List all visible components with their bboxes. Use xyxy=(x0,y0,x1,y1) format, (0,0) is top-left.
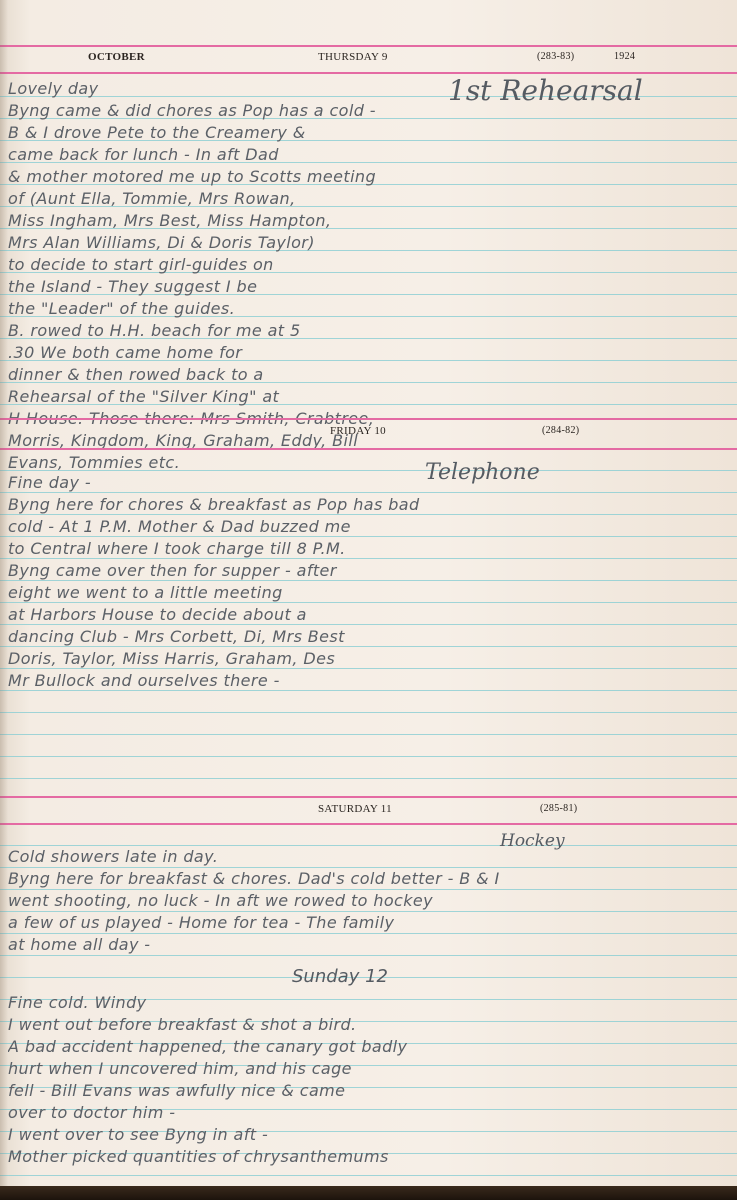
header-rule xyxy=(0,796,737,798)
day-count: (285-81) xyxy=(540,803,577,814)
handwritten-line: cold - At 1 P.M. Mother & Dad buzzed me xyxy=(8,516,727,538)
ruled-line xyxy=(0,712,737,713)
ruled-line xyxy=(0,1175,737,1176)
handwritten-line: I went out before breakfast & shot a bir… xyxy=(8,1014,727,1036)
book-edge xyxy=(0,1186,737,1200)
header-rule xyxy=(0,448,737,450)
handwritten-line: Evans, Tommies etc. xyxy=(8,452,727,474)
handwritten-line: B & I drove Pete to the Creamery & xyxy=(8,122,727,144)
handwritten-line: Byng here for breakfast & chores. Dad's … xyxy=(8,868,727,890)
diary-page: OCTOBER THURSDAY 9 (283-83) 1924 1st Reh… xyxy=(0,0,737,1186)
handwritten-line: over to doctor him - xyxy=(8,1102,727,1124)
handwritten-line: at Harbors House to decide about a xyxy=(8,604,727,626)
handwritten-line: went shooting, no luck - In aft we rowed… xyxy=(8,890,727,912)
handwritten-line: Fine day - xyxy=(8,472,727,494)
handwritten-line: Miss Ingham, Mrs Best, Miss Hampton, xyxy=(8,210,727,232)
handwritten-line: Mother picked quantities of chrysanthemu… xyxy=(8,1146,727,1168)
year-label: 1924 xyxy=(614,51,635,62)
handwritten-line: to Central where I took charge till 8 P.… xyxy=(8,538,727,560)
ruled-line xyxy=(0,778,737,779)
handwritten-line: & mother motored me up to Scotts meeting xyxy=(8,166,727,188)
handwritten-line: of (Aunt Ella, Tommie, Mrs Rowan, xyxy=(8,188,727,210)
handwritten-line: I went over to see Byng in aft - xyxy=(8,1124,727,1146)
handwritten-line: Byng here for chores & breakfast as Pop … xyxy=(8,494,727,516)
handwritten-line: to decide to start girl-guides on xyxy=(8,254,727,276)
handwritten-line: Byng came & did chores as Pop has a cold… xyxy=(8,100,727,122)
handwritten-line: Fine cold. Windy xyxy=(8,992,727,1014)
header-rule xyxy=(0,418,737,420)
handwritten-line: hurt when I uncovered him, and his cage xyxy=(8,1058,727,1080)
handwritten-line: Rehearsal of the "Silver King" at xyxy=(8,386,727,408)
handwritten-line: A bad accident happened, the canary got … xyxy=(8,1036,727,1058)
handwritten-line: dancing Club - Mrs Corbett, Di, Mrs Best xyxy=(8,626,727,648)
handwritten-line: .30 We both came home for xyxy=(8,342,727,364)
day-count: (284-82) xyxy=(542,425,579,436)
day-count: (283-83) xyxy=(537,51,574,62)
day-header: THURSDAY 9 xyxy=(318,51,388,63)
handwritten-line: came back for lunch - In aft Dad xyxy=(8,144,727,166)
handwritten-line: Mr Bullock and ourselves there - xyxy=(8,670,727,692)
ruled-line xyxy=(0,756,737,757)
header-rule xyxy=(0,45,737,47)
header-rule xyxy=(0,823,737,825)
handwritten-line: the "Leader" of the guides. xyxy=(8,298,727,320)
handwritten-line: Mrs Alan Williams, Di & Doris Taylor) xyxy=(8,232,727,254)
handwritten-line: dinner & then rowed back to a xyxy=(8,364,727,386)
handwritten-line: a few of us played - Home for tea - The … xyxy=(8,912,727,934)
handwritten-line: B. rowed to H.H. beach for me at 5 xyxy=(8,320,727,342)
handwritten-line: at home all day - xyxy=(8,934,727,956)
handwritten-line: eight we went to a little meeting xyxy=(8,582,727,604)
handwritten-line: Byng came over then for supper - after xyxy=(8,560,727,582)
ruled-line xyxy=(0,734,737,735)
handwritten-line: fell - Bill Evans was awfully nice & cam… xyxy=(8,1080,727,1102)
sunday-heading: Sunday 12 xyxy=(292,966,388,987)
month-label: OCTOBER xyxy=(88,51,145,63)
day-header: FRIDAY 10 xyxy=(330,425,386,437)
handwritten-line: Cold showers late in day. xyxy=(8,846,727,868)
day-header: SATURDAY 11 xyxy=(318,803,392,815)
handwritten-line: Lovely day xyxy=(8,78,727,100)
handwritten-line: the Island - They suggest I be xyxy=(8,276,727,298)
handwritten-line: Doris, Taylor, Miss Harris, Graham, Des xyxy=(8,648,727,670)
